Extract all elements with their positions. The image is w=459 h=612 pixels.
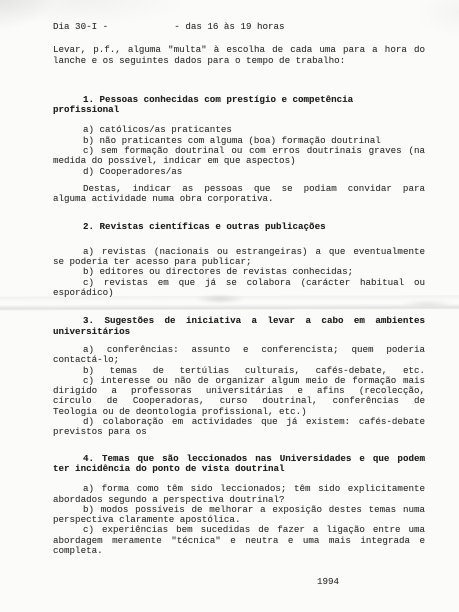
document-body: Dia 30-I - - das 16 às 19 horas Levar, p… [53, 22, 425, 588]
section-4-heading: ter incidência do ponto de vista doutrin… [53, 464, 425, 474]
section-1-heading: profissional [53, 105, 425, 115]
section-2-item-c: esporádico) [53, 288, 425, 298]
section-3-item-d: previstos para os [53, 427, 425, 437]
section-4-item-a: a) forma como têm sido leccionados; têm … [53, 484, 425, 494]
date-line: Dia 30-I - - das 16 às 19 horas [53, 22, 425, 32]
scanned-document-page: Dia 30-I - - das 16 às 19 horas Levar, p… [0, 0, 459, 612]
section-3-item-a: contactá-lo; [53, 355, 425, 365]
intro-line: lanche e os seguintes dados para o tempo… [53, 56, 425, 66]
section-1-item-d: d) Cooperadores/as [53, 167, 425, 177]
section-1-note: alguma actividade numa obra corporativa. [53, 194, 425, 204]
section-3-heading: universitários [53, 327, 425, 337]
section-4-item-c: abordagem meramente "técnica" e neutra e… [53, 536, 425, 546]
year-label: 1994 [53, 577, 425, 587]
section-2-heading: 2. Revistas científicas e outras publica… [53, 222, 425, 232]
section-4-item-c: completa. [53, 546, 425, 556]
